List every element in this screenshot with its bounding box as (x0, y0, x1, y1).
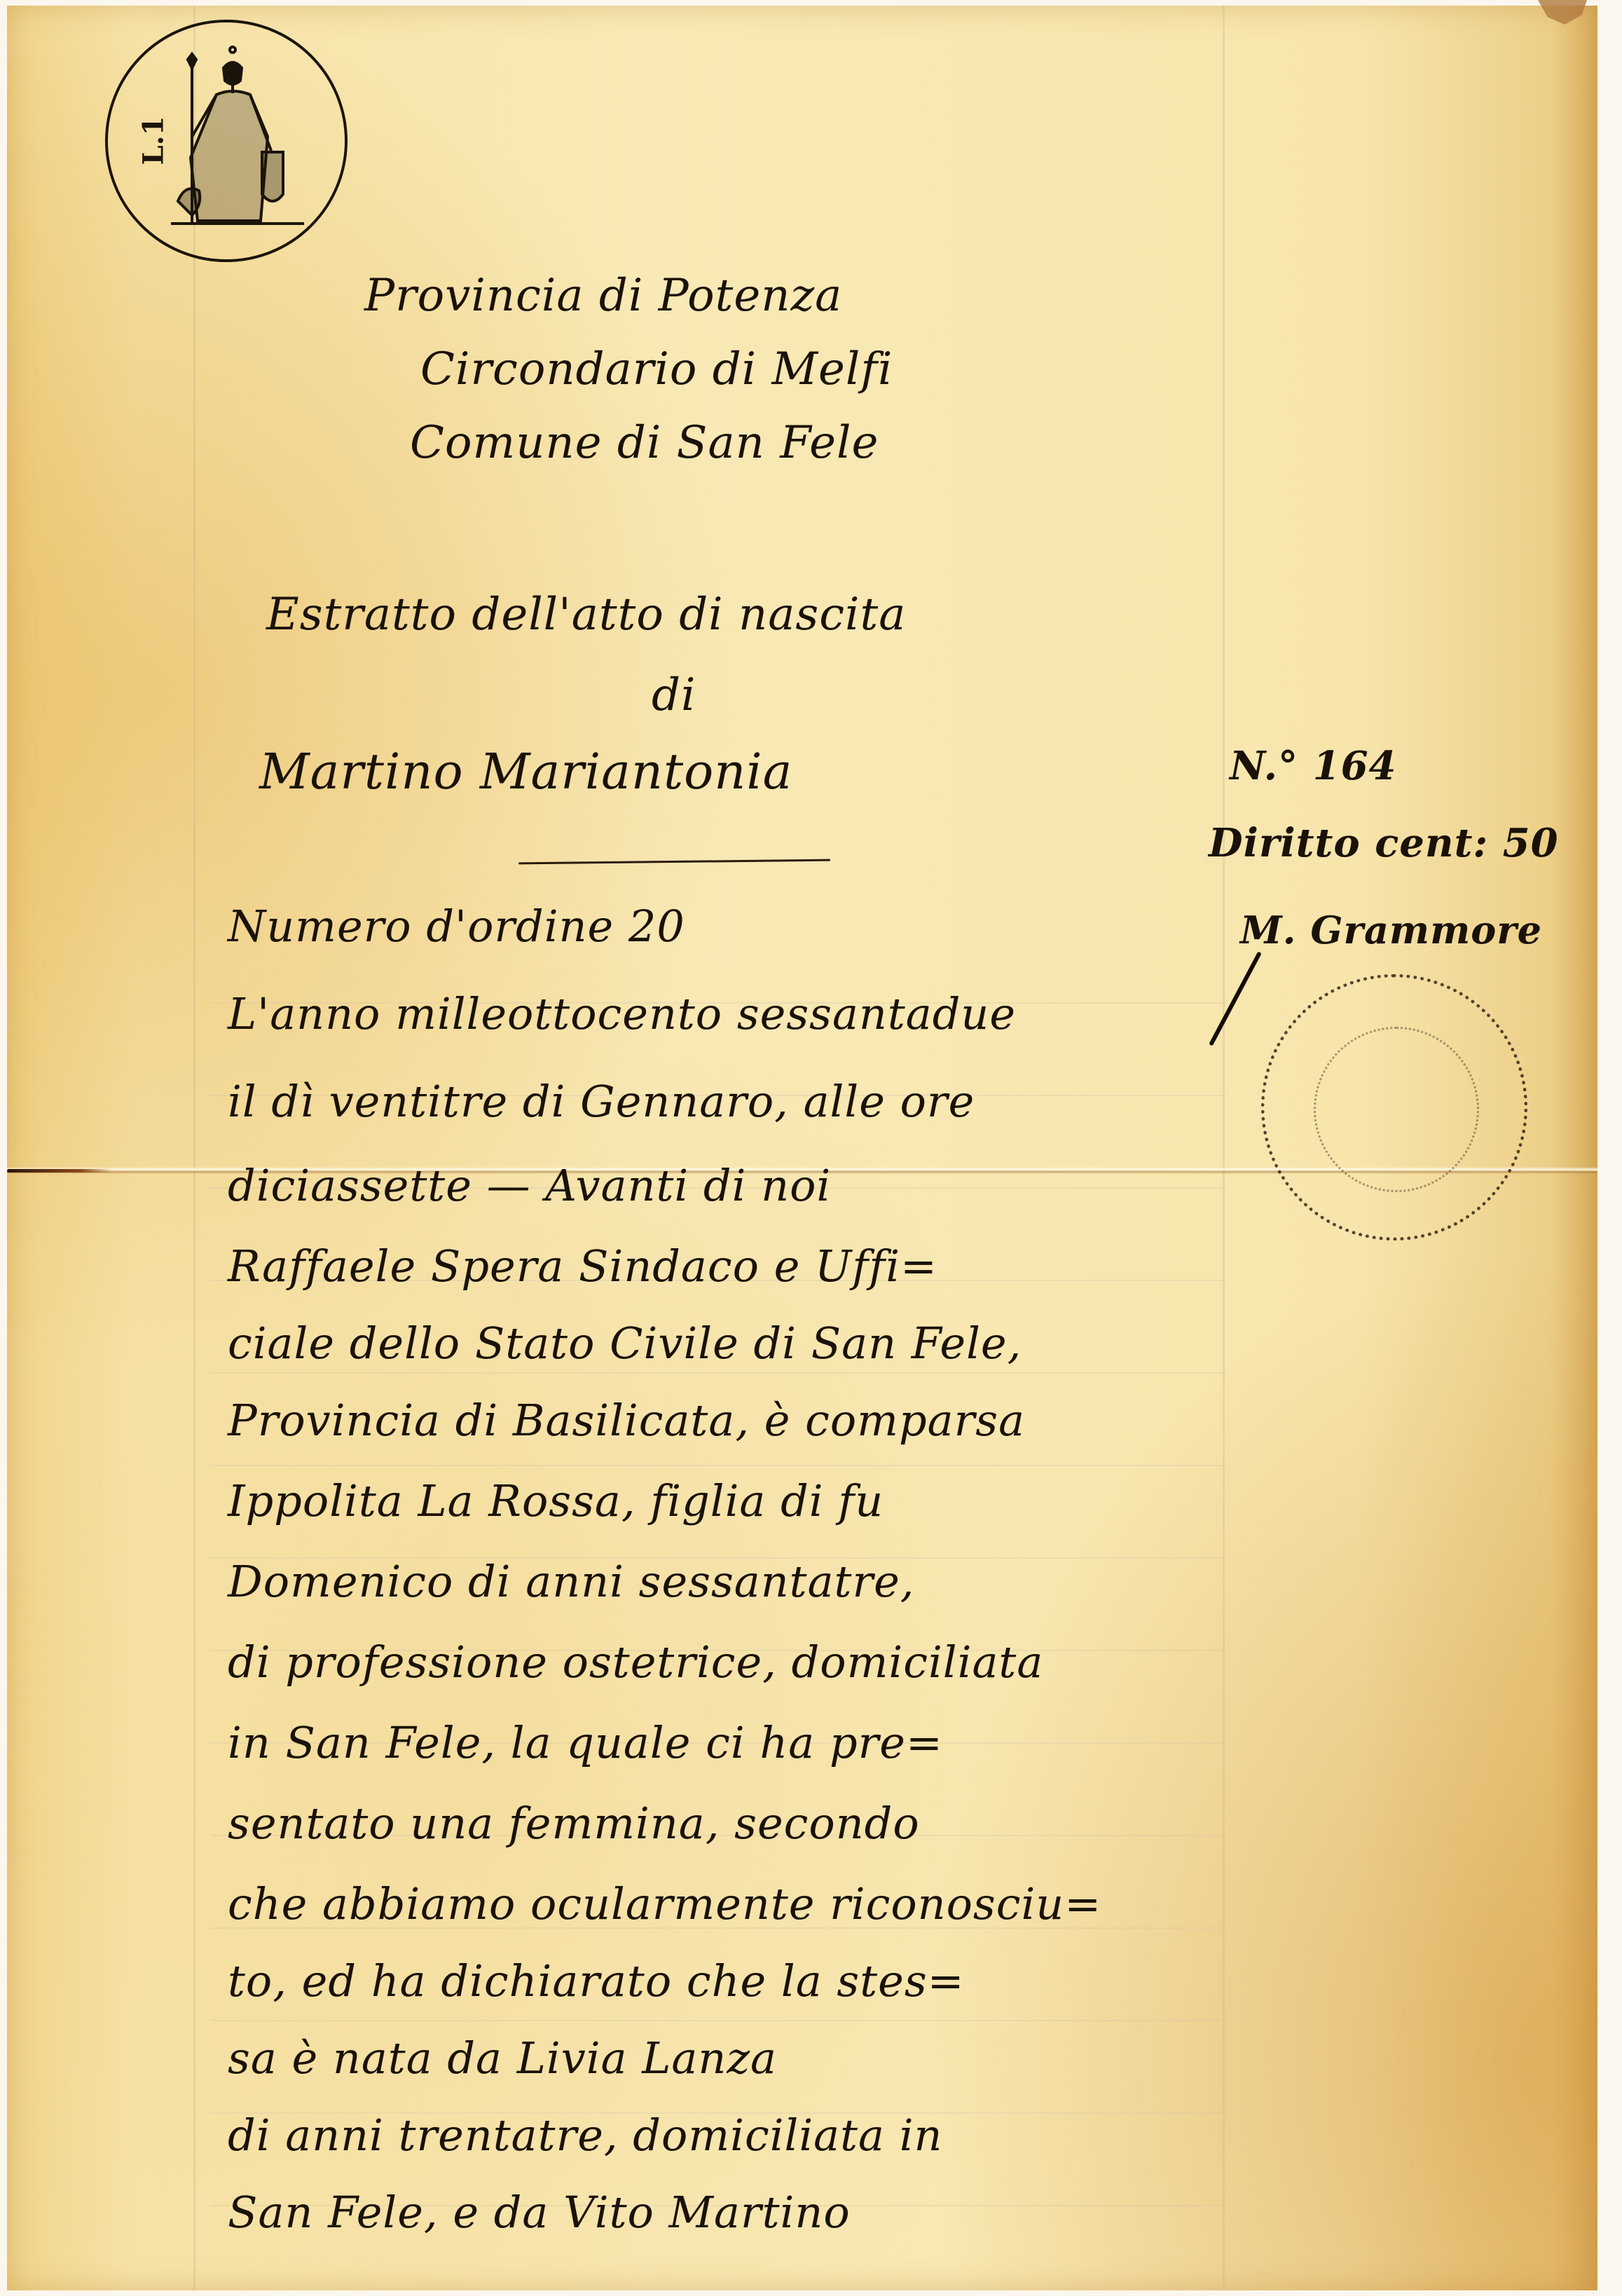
vertical-fold-crease (193, 6, 195, 2290)
body-line: Ippolita La Rossa, figlia di fu (228, 1475, 884, 1526)
revenue-stamp: L.1 (105, 20, 348, 262)
body-line: che abbiamo ocularmente riconosciu= (228, 1878, 1101, 1929)
body-line: ciale dello Stato Civile di San Fele, (228, 1318, 1022, 1369)
seal-inner-ring (1314, 1027, 1479, 1192)
body-line: L'anno milleottocento sessantadue (228, 988, 1016, 1039)
italia-turrita-figure-icon (150, 40, 311, 243)
title-extract: Estratto dell'atto di nascita (266, 589, 906, 641)
body-line: Numero d'ordine 20 (228, 901, 685, 952)
body-line: to, ed ha dichiarato che la stes= (228, 1955, 965, 2007)
body-line: Provincia di Basilicata, è comparsa (228, 1395, 1025, 1446)
body-line: diciassette — Avanti di noi (228, 1160, 831, 1211)
title-subject-name: Martino Mariantonia (259, 743, 792, 800)
fee-note: Diritto cent: 50 (1209, 820, 1559, 866)
register-number: N.° 164 (1230, 743, 1397, 789)
body-line: sentato una femmina, secondo (228, 1798, 920, 1849)
scorch-mark (7, 1169, 112, 1173)
official-seal (1261, 974, 1527, 1241)
body-line: sa è nata da Livia Lanza (228, 2032, 777, 2084)
header-municipality: Comune di San Fele (410, 417, 879, 469)
body-line: il dì ventitre di Gennaro, alle ore (228, 1076, 975, 1127)
header-province: Provincia di Potenza (364, 270, 842, 322)
header-district: Circondario di Melfi (420, 343, 893, 395)
body-line: di professione ostetrice, domiciliata (228, 1636, 1043, 1688)
title-of: di (652, 669, 696, 721)
body-line: di anni trentatre, domiciliata in (228, 2110, 942, 2161)
body-line: in San Fele, la quale ci ha pre= (228, 1717, 943, 1768)
body-line: Domenico di anni sessantatre, (228, 1556, 915, 1607)
body-line: San Fele, e da Vito Martino (228, 2187, 851, 2238)
body-line: Raffaele Spera Sindaco e Uffi= (228, 1241, 937, 1292)
official-signature: M. Grammore (1240, 908, 1542, 952)
